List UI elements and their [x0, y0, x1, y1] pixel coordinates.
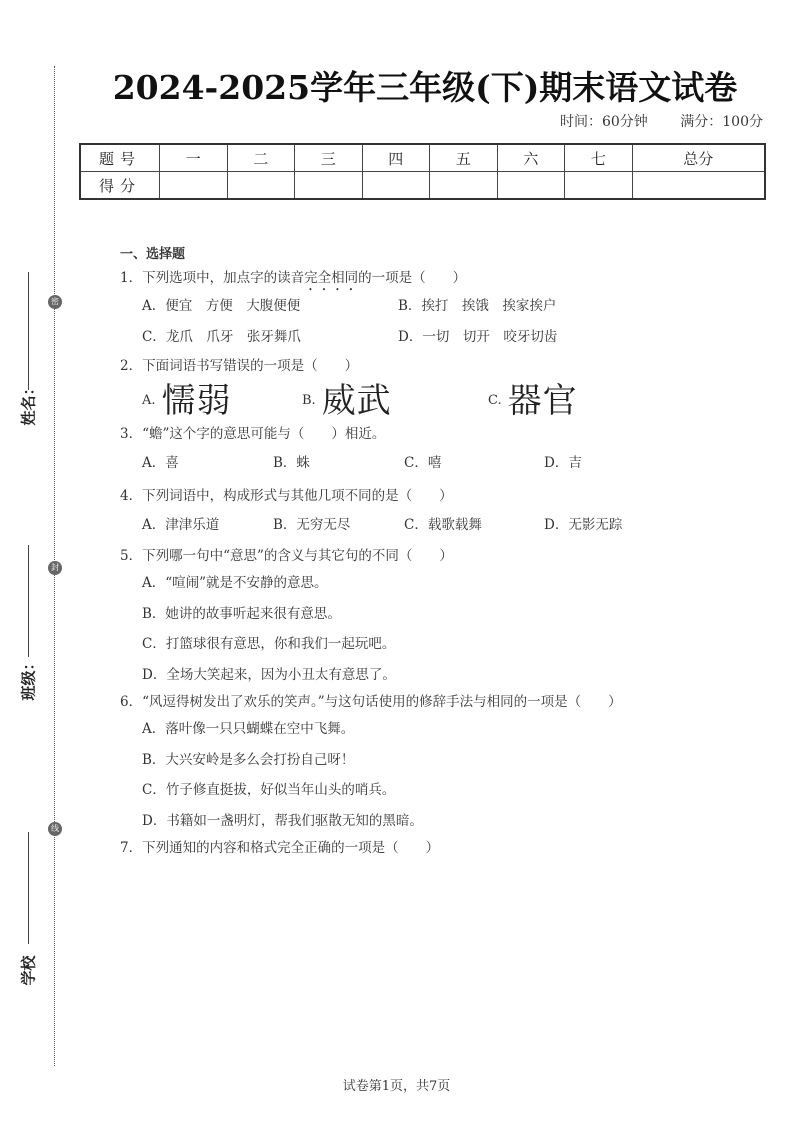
option-a[interactable]: A.懦弱	[142, 391, 302, 411]
question-stem: 2．下面词语书写错误的一项是（ ）	[120, 356, 760, 378]
score-cell-6[interactable]	[497, 172, 565, 200]
score-table-header-row: 题号 一 二 三 四 五 六 七 总分	[80, 144, 765, 172]
option-d[interactable]: D．一切 切开 咬牙切齿	[398, 327, 654, 347]
score-cell-total[interactable]	[632, 172, 765, 200]
full-score: 满分：100分	[680, 114, 763, 130]
column-4: 四	[362, 144, 430, 172]
question-7: 7．下列通知的内容和格式完全正确的一项是（ ）	[120, 838, 760, 860]
option-d[interactable]: D．无影无踪	[544, 515, 675, 535]
question-stem: 5．下列哪一句中“意思”的含义与其它句的不同（ ）	[120, 546, 760, 568]
school-field-line[interactable]	[28, 832, 29, 944]
name-field-label: 姓名：	[18, 406, 39, 426]
option-c[interactable]: C．打篮球很有意思，你和我们一起玩吧。	[120, 629, 760, 660]
column-2: 二	[227, 144, 295, 172]
column-7: 七	[565, 144, 633, 172]
page-footer: 试卷第1页，共7页	[0, 1075, 793, 1094]
column-6: 六	[497, 144, 565, 172]
column-1: 一	[160, 144, 228, 172]
question-stem: 7．下列通知的内容和格式完全正确的一项是（ ）	[120, 838, 760, 860]
score-cell-1[interactable]	[160, 172, 228, 200]
question-6: 6．“风逗得树发出了欢乐的笑声。”与这句话使用的修辞手法与相同的一项是（ ） A…	[120, 692, 760, 836]
column-total: 总分	[632, 144, 765, 172]
question-stem: 1．下列选项中，加点字的读音完全相同的一项是（ ）	[120, 268, 760, 290]
question-stem: 4．下列词语中，构成形式与其他几项不同的是（ ）	[120, 486, 760, 508]
score-label: 得分	[80, 172, 160, 200]
score-cell-5[interactable]	[430, 172, 498, 200]
seal-mark-feng: 封	[48, 561, 62, 575]
option-b[interactable]: B．大兴安岭是多么会打扮自己呀！	[120, 745, 760, 776]
name-field-line[interactable]	[28, 272, 29, 390]
question-stem: 6．“风逗得树发出了欢乐的笑声。”与这句话使用的修辞手法与相同的一项是（ ）	[120, 692, 760, 714]
option-b[interactable]: B．无穷无尽	[273, 515, 404, 535]
question-number-label: 题号	[80, 144, 160, 172]
section-title: 一、选择题	[120, 243, 760, 262]
question-content: 一、选择题 1．下列选项中，加点字的读音完全相同的一项是（ ） A．便宜 方便 …	[120, 243, 760, 860]
option-a[interactable]: A．落叶像一只只蝴蝶在空中飞舞。	[120, 714, 760, 745]
score-cell-7[interactable]	[565, 172, 633, 200]
score-cell-4[interactable]	[362, 172, 430, 200]
option-c[interactable]: C.器官	[488, 391, 578, 411]
option-a[interactable]: A．便宜 方便 大腹便便	[142, 296, 398, 316]
question-4: 4．下列词语中，构成形式与其他几项不同的是（ ） A．津津乐道 B．无穷无尽 C…	[120, 486, 760, 542]
option-c[interactable]: C．龙爪 爪牙 张牙舞爪	[142, 327, 398, 347]
question-3: 3．“蟾”这个字的意思可能与（ ）相近。 A．喜 B．蛛 C．嘻 D．吉	[120, 424, 760, 480]
score-cell-2[interactable]	[227, 172, 295, 200]
option-a[interactable]: A．喜	[142, 453, 273, 473]
option-b[interactable]: B．挨打 挨饿 挨家挨户	[398, 296, 654, 316]
class-field-label: 班级：	[18, 681, 39, 701]
class-field-line[interactable]	[28, 545, 29, 657]
option-d[interactable]: D．吉	[544, 453, 675, 473]
exam-meta: 时间：60分钟 满分：100分	[532, 111, 763, 131]
seal-mark-mi: 密	[48, 295, 62, 309]
option-c[interactable]: C．竹子修直挺拔，好似当年山头的哨兵。	[120, 775, 760, 806]
dotted-text: 完全相同	[304, 270, 358, 286]
option-d[interactable]: D．全场大笑起来，因为小丑太有意思了。	[120, 660, 760, 691]
option-b[interactable]: B.威武	[302, 391, 488, 411]
option-b[interactable]: B．蛛	[273, 453, 404, 473]
score-cell-3[interactable]	[295, 172, 363, 200]
exam-title: 2024-2025学年三年级(下)期末语文试卷	[100, 62, 750, 109]
question-5: 5．下列哪一句中“意思”的含义与其它句的不同（ ） A．“喧闹”就是不安静的意思…	[120, 546, 760, 690]
option-b[interactable]: B．她讲的故事听起来很有意思。	[120, 599, 760, 630]
score-table: 题号 一 二 三 四 五 六 七 总分 得分	[79, 143, 766, 200]
question-2: 2．下面词语书写错误的一项是（ ） A.懦弱 B.威武 C.器官	[120, 356, 760, 424]
option-a[interactable]: A．津津乐道	[142, 515, 273, 535]
school-field-label: 学校	[18, 966, 39, 986]
option-c[interactable]: C．嘻	[404, 453, 544, 473]
question-1: 1．下列选项中，加点字的读音完全相同的一项是（ ） A．便宜 方便 大腹便便 B…	[120, 268, 760, 352]
option-c[interactable]: C．载歌载舞	[404, 515, 544, 535]
column-3: 三	[295, 144, 363, 172]
option-a[interactable]: A．“喧闹”就是不安静的意思。	[120, 568, 760, 599]
option-d[interactable]: D．书籍如一盏明灯，帮我们驱散无知的黑暗。	[120, 806, 760, 837]
column-5: 五	[430, 144, 498, 172]
time-limit: 时间：60分钟	[560, 114, 648, 130]
score-table-score-row: 得分	[80, 172, 765, 200]
question-stem: 3．“蟾”这个字的意思可能与（ ）相近。	[120, 424, 760, 446]
seal-mark-xian: 线	[48, 822, 62, 836]
